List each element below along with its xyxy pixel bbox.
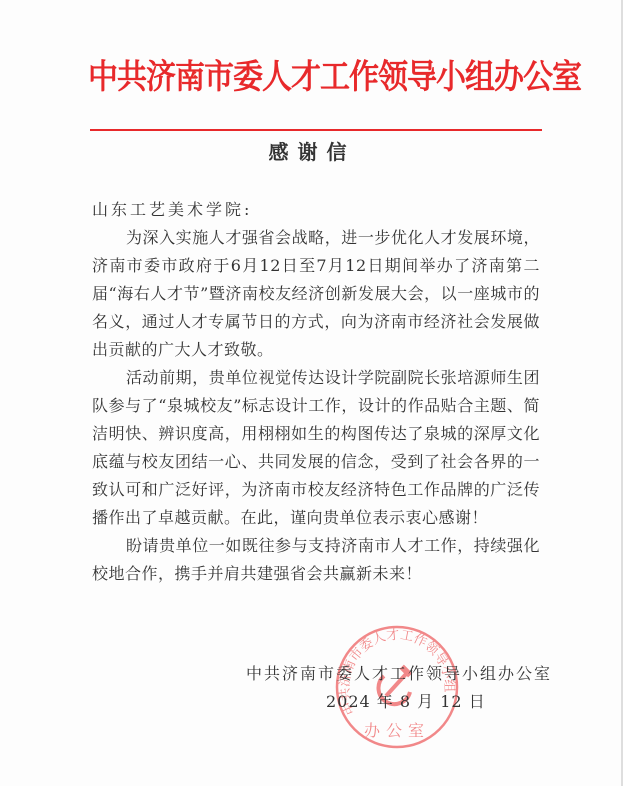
- signature-date: 2024 年 8 月 12 日: [246, 688, 546, 716]
- salutation: 山东工艺美术学院:: [92, 196, 540, 224]
- letterhead-red-rule: [90, 129, 542, 131]
- letterhead-organization: 中共济南市委人才工作领导小组办公室: [88, 53, 544, 102]
- paragraph-line: 济南市委市政府于6月12日至7月12日期间举办了济南第二: [92, 252, 540, 280]
- paragraph-line: 校地合作，携手并肩共建强省会共赢新未来！: [92, 560, 540, 588]
- paragraph-line: 底蕴与校友团结一心、共同发展的信念，受到了社会各界的一: [92, 448, 540, 476]
- signature-organization: 中共济南市委人才工作领导小组办公室: [246, 660, 546, 688]
- signature-block: 中共济南市委人才工作领导小组办公室 2024 年 8 月 12 日: [246, 660, 546, 716]
- paragraph-line: 队参与了“泉城校友”标志设计工作，设计的作品贴合主题、简: [92, 392, 540, 420]
- paragraph-1: 为深入实施人才强省会战略，进一步优化人才发展环境， 济南市委市政府于6月12日至…: [92, 224, 540, 364]
- letter-page: 中共济南市委人才工作领导小组办公室 感谢信 山东工艺美术学院: 为深入实施人才强…: [0, 0, 623, 786]
- document-title: 感谢信: [0, 138, 624, 166]
- paragraph-line: 播作出了卓越贡献。在此，谨向贵单位表示衷心感谢！: [92, 504, 540, 532]
- letter-body: 山东工艺美术学院: 为深入实施人才强省会战略，进一步优化人才发展环境， 济南市委…: [92, 196, 540, 588]
- paragraph-2: 活动前期，贵单位视觉传达设计学院副院长张培源师生团 队参与了“泉城校友”标志设计…: [92, 364, 540, 532]
- paragraph-line: 名义，通过人才专属节日的方式，向为济南市经济社会发展做: [92, 308, 540, 336]
- paragraph-line: 出贡献的广大人才致敬。: [92, 336, 540, 364]
- seal-bottom-text: 办公室: [364, 721, 430, 740]
- paragraph-line: 洁明快、辨识度高，用栩栩如生的构图传达了泉城的深厚文化: [92, 420, 540, 448]
- paragraph-line: 盼请贵单位一如既往参与支持济南市人才工作，持续强化: [92, 532, 540, 560]
- paragraph-line: 为深入实施人才强省会战略，进一步优化人才发展环境，: [92, 224, 540, 252]
- paragraph-3: 盼请贵单位一如既往参与支持济南市人才工作，持续强化 校地合作，携手并肩共建强省会…: [92, 532, 540, 588]
- paragraph-line: 届“海右人才节”暨济南校友经济创新发展大会，以一座城市的: [92, 280, 540, 308]
- paragraph-line: 致认可和广泛好评，为济南市校友经济特色工作品牌的广泛传: [92, 476, 540, 504]
- paragraph-line: 活动前期，贵单位视觉传达设计学院副院长张培源师生团: [92, 364, 540, 392]
